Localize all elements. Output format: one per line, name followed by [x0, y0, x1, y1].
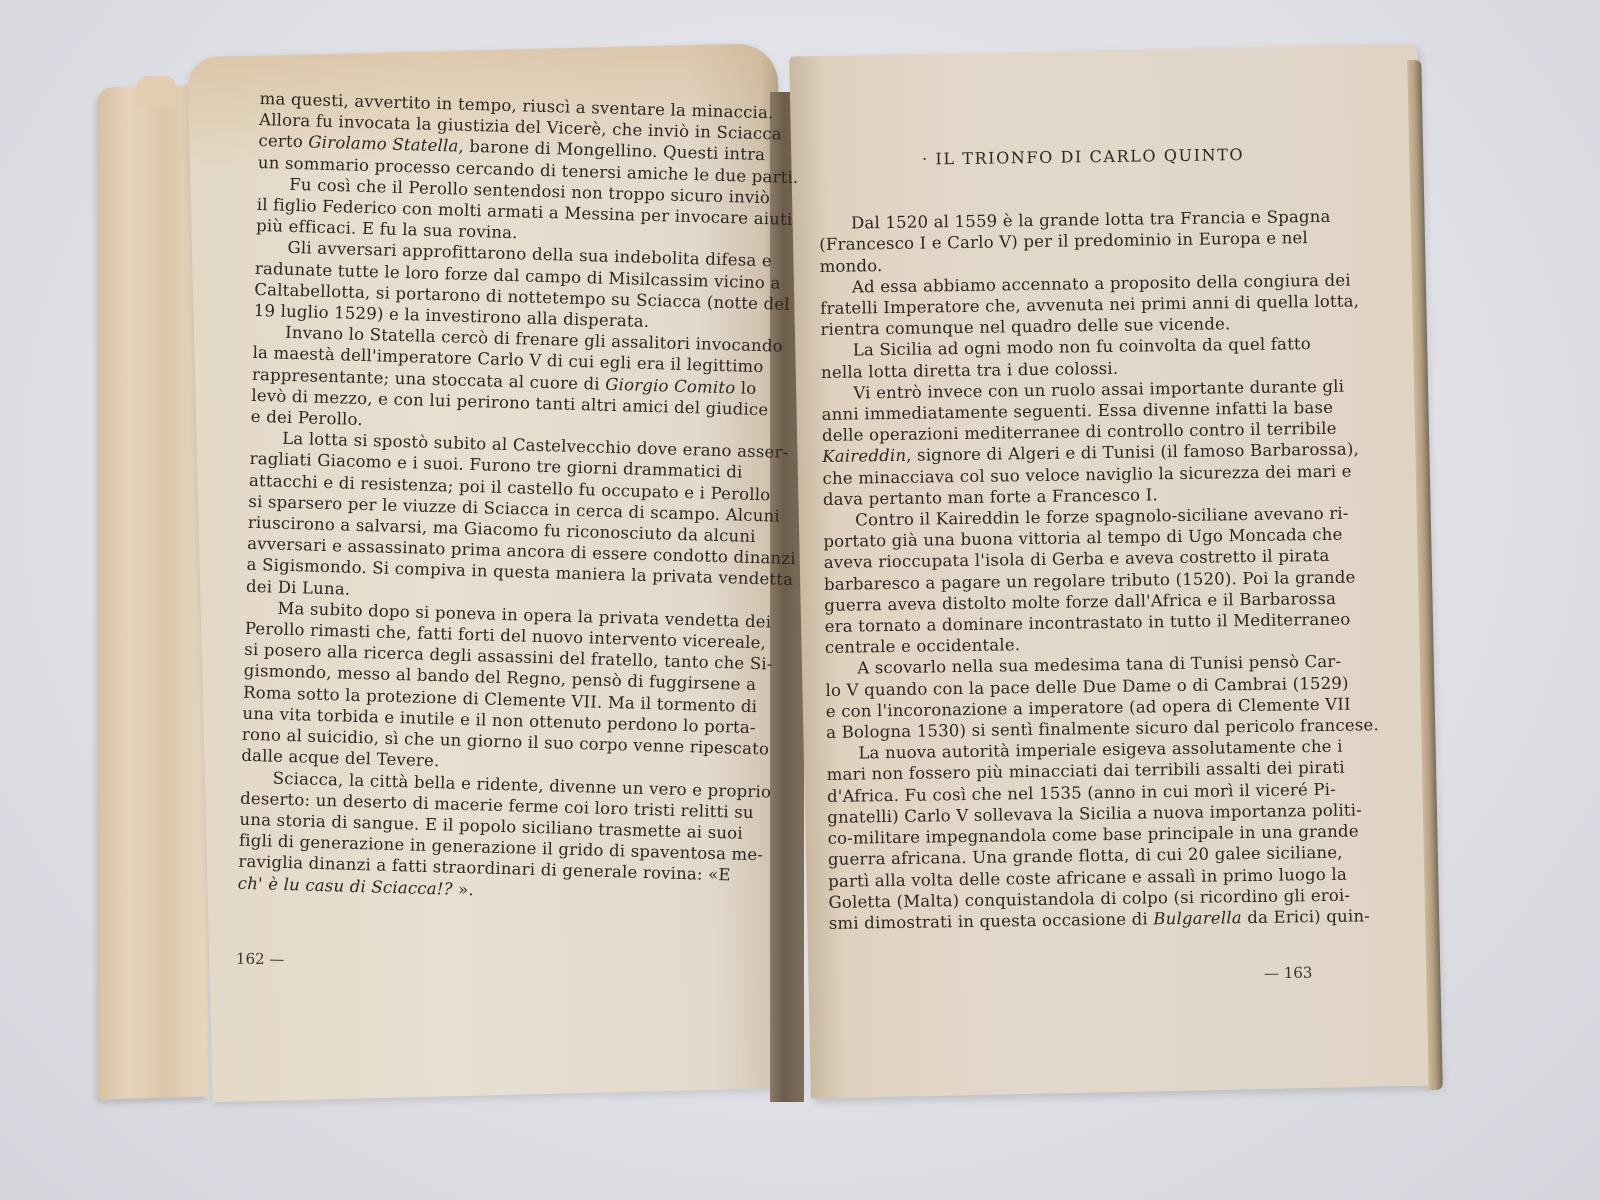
left-page-text: ma questi, avvertito in tempo, riuscì a … — [238, 88, 750, 907]
right-page-body: Dal 1520 al 1559 è la grande lotta tra F… — [819, 206, 1329, 934]
right-page-text: · IL TRIONFO DI CARLO QUINTO Dal 1520 al… — [818, 143, 1329, 934]
italic-name: Girolamo Statella — [308, 133, 459, 156]
italic-name: Bulgarella — [1153, 908, 1242, 928]
text-fragment: da Erici) quin- — [1242, 906, 1370, 927]
text-fragment: smi dimostrati in questa occasione di — [829, 909, 1154, 933]
open-book: ma questi, avvertito in tempo, riuscì a … — [0, 0, 1600, 1200]
page-number-right: — 163 — [1264, 964, 1313, 983]
text-fragment: ». — [452, 879, 474, 899]
italic-name: Kaireddin — [822, 446, 906, 466]
page-number-left: 162 — — [236, 950, 285, 969]
italic-name: Giorgio Comito — [605, 374, 736, 397]
text-fragment: certo — [258, 131, 308, 151]
text-fragment: lo — [735, 378, 757, 398]
